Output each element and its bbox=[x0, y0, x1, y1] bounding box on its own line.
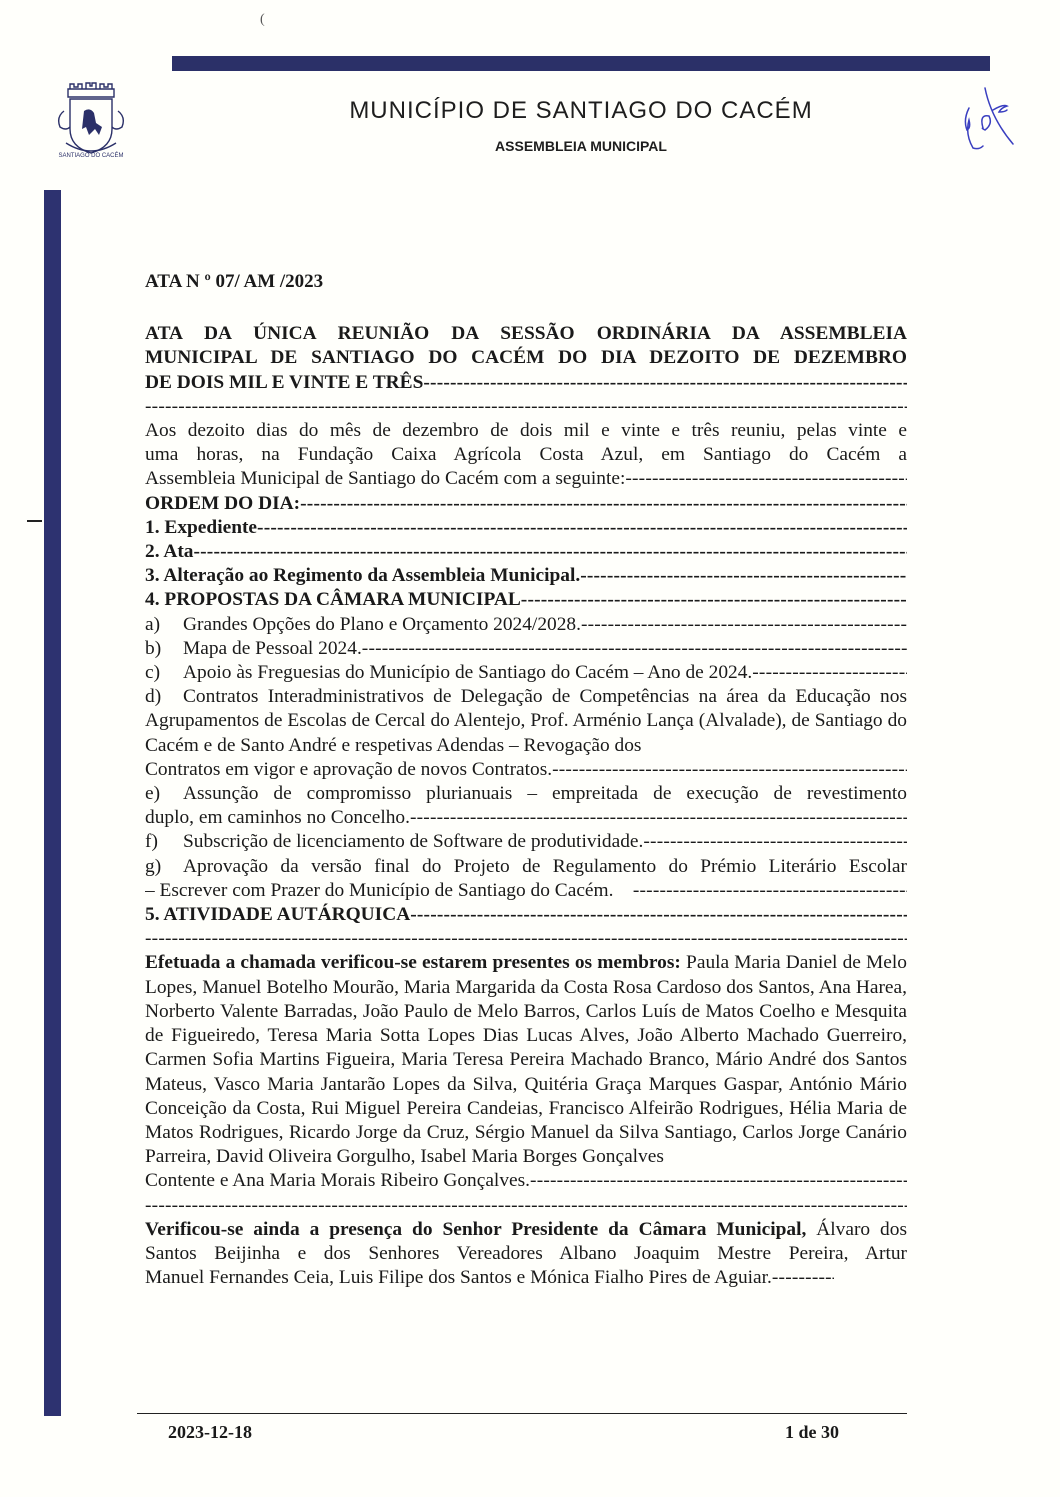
footer-rule bbox=[137, 1413, 907, 1414]
agenda-subitem-e: e)Assunção de compromisso plurianuais – … bbox=[145, 782, 907, 830]
page-number: 1 de 30 bbox=[785, 1422, 839, 1443]
separator-line bbox=[145, 927, 907, 951]
separator-line bbox=[145, 1194, 907, 1218]
agenda-subitem-f: f)Subscrição de licenciamento de Softwar… bbox=[145, 830, 907, 854]
attendance-paragraph: Efetuada a chamada verificou-se estarem … bbox=[145, 951, 907, 1193]
agenda-item-2: 2. Ata bbox=[145, 540, 907, 564]
agenda-subitem-b: b)Mapa de Pessoal 2024. bbox=[145, 637, 907, 661]
handwritten-initials-icon bbox=[955, 70, 1025, 160]
agenda-subitem-c: c)Apoio às Freguesias do Município de Sa… bbox=[145, 661, 907, 685]
municipality-title: MUNICÍPIO DE SANTIAGO DO CACÉM bbox=[0, 97, 1060, 125]
agenda-heading: ORDEM DO DIA: bbox=[145, 492, 907, 516]
separator-line bbox=[145, 395, 907, 419]
minutes-title: ATA DA ÚNICA REUNIÃO DA SESSÃO ORDINÁRIA… bbox=[145, 322, 907, 395]
header-bar bbox=[172, 56, 990, 71]
agenda-subitem-g: g)Aprovação da versão final do Projeto d… bbox=[145, 855, 907, 903]
agenda-item-4: 4. PROPOSTAS DA CÂMARA MUNICIPAL bbox=[145, 588, 907, 612]
minutes-number: ATA N º 07/ AM /2023 bbox=[145, 270, 907, 294]
stray-scan-mark: ( bbox=[260, 12, 265, 28]
left-margin-bar bbox=[44, 190, 61, 1416]
agenda-subitem-a: a)Grandes Opções do Plano e Orçamento 20… bbox=[145, 613, 907, 637]
minutes-body: ATA N º 07/ AM /2023 ATA DA ÚNICA REUNIÃ… bbox=[145, 270, 907, 1290]
agenda-item-3: 3. Alteração ao Regimento da Assembleia … bbox=[145, 564, 907, 588]
footer-date: 2023-12-18 bbox=[168, 1422, 252, 1443]
intro-paragraph: Aos dezoito dias do mês de dezembro de d… bbox=[145, 419, 907, 492]
fold-mark bbox=[27, 520, 42, 522]
assembly-subtitle: ASSEMBLEIA MUNICIPAL bbox=[0, 138, 1060, 154]
agenda-item-5: 5. ATIVIDADE AUTÁRQUICA bbox=[145, 903, 907, 927]
agenda-subitem-d: d)Contratos Interadministrativos de Dele… bbox=[145, 685, 907, 782]
agenda-item-1: 1. Expediente bbox=[145, 516, 907, 540]
presence-paragraph: Verificou-se ainda a presença do Senhor … bbox=[145, 1218, 907, 1291]
